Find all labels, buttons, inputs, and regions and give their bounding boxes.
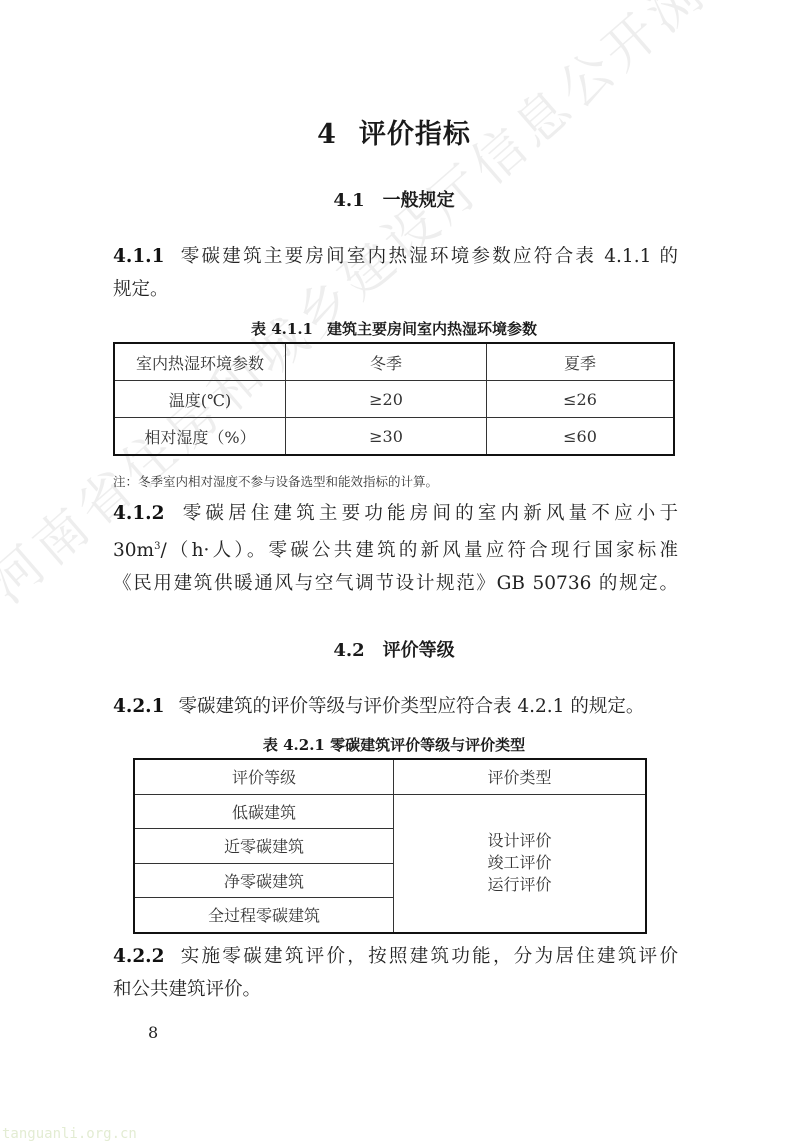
table-cell: 净零碳建筑: [134, 863, 394, 898]
table-row: 温度(℃) ≥20 ≤26: [114, 381, 674, 418]
evaluation-type: 设计评价: [394, 830, 645, 852]
caption-title: 建筑主要房间室内热湿环境参数: [327, 320, 537, 338]
table-caption-4-1-1: 表 4.1.1建筑主要房间室内热湿环境参数: [0, 318, 788, 339]
section-title-text: 评价等级: [383, 640, 455, 661]
clause-text: 零碳居住建筑主要功能房间的室内新风量不应小于: [179, 503, 679, 524]
page-number: 8: [148, 1023, 158, 1042]
table-row: 低碳建筑 设计评价 竣工评价 运行评价: [134, 794, 646, 829]
section-number: 4.1: [333, 190, 364, 211]
table-cell: 近零碳建筑: [134, 829, 394, 864]
clause-text: 规定。: [113, 273, 678, 306]
header-cell: 评价类型: [394, 759, 647, 794]
clause-4-1-1: 4.1.1零碳建筑主要房间室内热湿环境参数应符合表 4.1.1 的 规定。: [113, 240, 678, 306]
table-cell: 温度(℃): [114, 381, 286, 418]
chapter-number: 4: [317, 119, 337, 150]
evaluation-type: 竣工评价: [394, 852, 645, 874]
clause-text: /（h·人）。零碳公共建筑的新风量应符合现行国家标准: [160, 540, 678, 561]
table-header-row: 室内热湿环境参数 冬季 夏季: [114, 343, 674, 381]
clause-text: 零碳建筑的评价等级与评价类型应符合表 4.2.1 的规定。: [179, 696, 645, 717]
table-cell: 相对湿度（%）: [114, 418, 286, 456]
clause-text: 和公共建筑评价。: [113, 973, 678, 1006]
chapter-title-text: 评价指标: [359, 119, 471, 150]
table-note: 注：冬季室内相对湿度不参与设备选型和能效指标的计算。: [113, 472, 438, 490]
table-cell: 低碳建筑: [134, 794, 394, 829]
clause-number: 4.2.1: [113, 696, 165, 717]
evaluation-type: 运行评价: [394, 874, 645, 896]
clause-text: 零碳建筑主要房间室内热湿环境参数应符合表 4.1.1 的: [179, 246, 679, 267]
section-title-4-1: 4.1一般规定: [0, 186, 788, 212]
clause-4-1-2: 4.1.2零碳居住建筑主要功能房间的室内新风量不应小于 30m3/（h·人）。零…: [113, 497, 678, 600]
evaluation-types-cell: 设计评价 竣工评价 运行评价: [394, 794, 647, 933]
table-cell: 全过程零碳建筑: [134, 898, 394, 933]
clause-number: 4.1.1: [113, 246, 165, 267]
table-evaluation-levels: 评价等级 评价类型 低碳建筑 设计评价 竣工评价 运行评价 近零碳建筑 净零碳建…: [133, 758, 647, 934]
header-cell: 室内热湿环境参数: [114, 343, 286, 381]
header-cell: 夏季: [487, 343, 675, 381]
clause-text: 30m: [113, 540, 154, 561]
clause-text: 《民用建筑供暖通风与空气调节设计规范》GB 50736 的规定。: [113, 567, 678, 600]
clause-number: 4.2.2: [113, 946, 165, 967]
table-cell: ≤26: [487, 381, 675, 418]
chapter-title: 4评价指标: [0, 112, 788, 151]
clause-text: 实施零碳建筑评价，按照建筑功能，分为居住建筑评价: [179, 946, 679, 967]
caption-number: 表 4.1.1: [251, 320, 313, 338]
table-caption-4-2-1: 表 4.2.1 零碳建筑评价等级与评价类型: [0, 734, 788, 755]
site-watermark: tanguanli.org.cn: [2, 1126, 137, 1142]
table-cell: ≥20: [286, 381, 487, 418]
section-title-4-2: 4.2评价等级: [0, 636, 788, 662]
header-cell: 冬季: [286, 343, 487, 381]
header-cell: 评价等级: [134, 759, 394, 794]
table-header-row: 评价等级 评价类型: [134, 759, 646, 794]
section-number: 4.2: [333, 640, 364, 661]
section-title-text: 一般规定: [383, 190, 455, 211]
clause-4-2-2: 4.2.2实施零碳建筑评价，按照建筑功能，分为居住建筑评价 和公共建筑评价。: [113, 940, 678, 1006]
clause-4-2-1: 4.2.1零碳建筑的评价等级与评价类型应符合表 4.2.1 的规定。: [113, 690, 693, 723]
table-indoor-environment: 室内热湿环境参数 冬季 夏季 温度(℃) ≥20 ≤26 相对湿度（%） ≥30…: [113, 342, 675, 456]
table-row: 相对湿度（%） ≥30 ≤60: [114, 418, 674, 456]
table-cell: ≥30: [286, 418, 487, 456]
table-cell: ≤60: [487, 418, 675, 456]
clause-number: 4.1.2: [113, 503, 165, 524]
